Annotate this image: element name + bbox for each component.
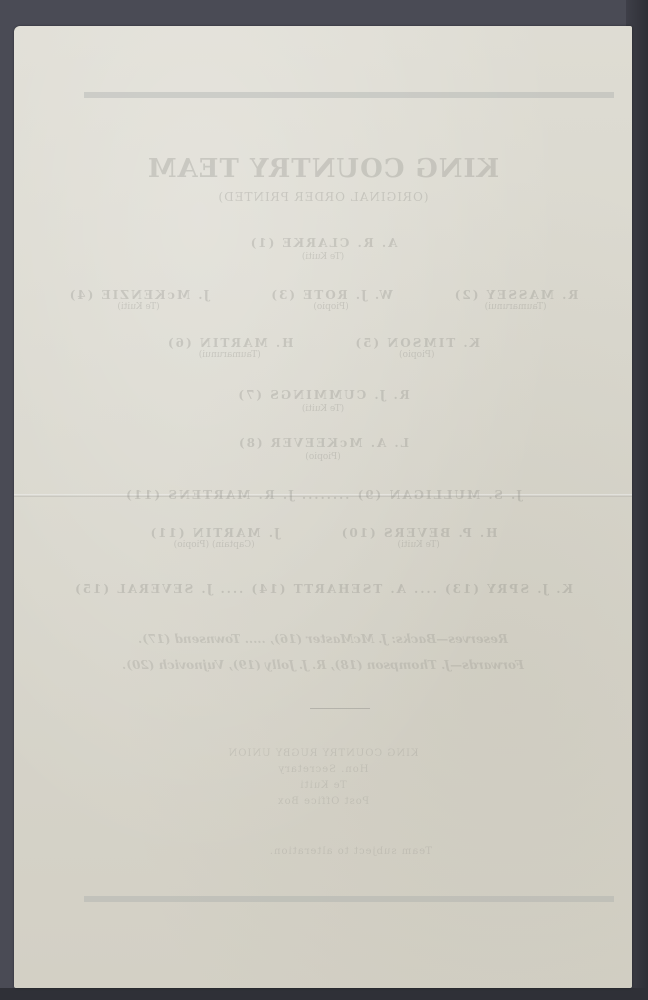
ghost-footer-line: Hon. Secretary <box>14 764 632 775</box>
ghost-player-name: W. J. ROTE (3) <box>269 288 392 302</box>
ghost-player-name: H. MARTIN (6) <box>166 336 293 350</box>
ghost-player-club: (Piopio) <box>269 302 392 312</box>
ghost-title: KING COUNTRY TEAM <box>14 154 632 184</box>
ghost-player-club: (Taumarunui) <box>453 302 579 312</box>
ghost-loose-club: (Piopio) <box>14 452 632 462</box>
ghost-forwards-row3: K. J. SPRY (13) .... A. TSEHARTT (14) ..… <box>14 582 632 596</box>
ghost-player-club: (Te Kuiti) <box>340 540 498 550</box>
ghost-player-name: R. MASSEY (2) <box>453 288 579 302</box>
ghost-player-name: H. P. BEVERS (10) <box>340 526 498 540</box>
ghost-reserves-backs: Reserves—Backs: J. McMaster (16), ..... … <box>14 632 632 646</box>
ghost-player-name: J. McKENZIE (4) <box>68 288 210 302</box>
bottom-band-showthrough <box>84 896 614 902</box>
ghost-loose-name: L. A. McKEEVER (8) <box>14 436 632 450</box>
top-band-showthrough <box>84 92 614 98</box>
ghost-subtitle: (ORIGINAL ORDER PRINTED) <box>14 190 632 204</box>
ghost-player-club: (Piopio) <box>353 350 480 360</box>
ghost-note: Team subject to alteration. <box>14 846 432 857</box>
ghost-reserves-forwards: Forwards—J. Thompson (18), R. J. Jolly (… <box>14 658 632 672</box>
ghost-player-name: K. TIMSON (5) <box>353 336 480 350</box>
ghost-footer-line: Te Kuiti <box>14 780 632 791</box>
ghost-forwards-row2: H. P. BEVERS (10) (Te Kuiti) J. MARTIN (… <box>14 526 632 550</box>
ghost-divider-rule <box>310 708 370 709</box>
ghost-halfback-name: R. J. CUMMINGS (7) <box>14 388 632 402</box>
paper-sheet: KING COUNTRY TEAM (ORIGINAL ORDER PRINTE… <box>14 26 632 988</box>
ghost-forwards-row1: J. S. MULLIGAN (9) ........ J. R. MARTEN… <box>14 488 632 502</box>
ghost-footer-line: Post Office Box <box>14 796 632 807</box>
ghost-threequarters-row: R. MASSEY (2) (Taumarunui) W. J. ROTE (3… <box>14 288 632 312</box>
ghost-player-club: (Taumarunui) <box>166 350 293 360</box>
ghost-fullback-club: (Te Kuiti) <box>14 252 632 262</box>
ghost-fullback-name: A. R. CLARKE (1) <box>14 236 632 250</box>
ghost-player-club: (Te Kuiti) <box>68 302 210 312</box>
ghost-halfback-club: (Te Kuiti) <box>14 404 632 414</box>
ghost-player-club: (Captain) (Piopio) <box>149 540 280 550</box>
ghost-footer-line: KING COUNTRY RUGBY UNION <box>14 748 632 759</box>
ghost-five-eighths-row: K. TIMSON (5) (Piopio) H. MARTIN (6) (Ta… <box>14 336 632 360</box>
ghost-player-name: J. MARTIN (11) <box>149 526 280 540</box>
backdrop-bottom <box>0 988 648 1000</box>
